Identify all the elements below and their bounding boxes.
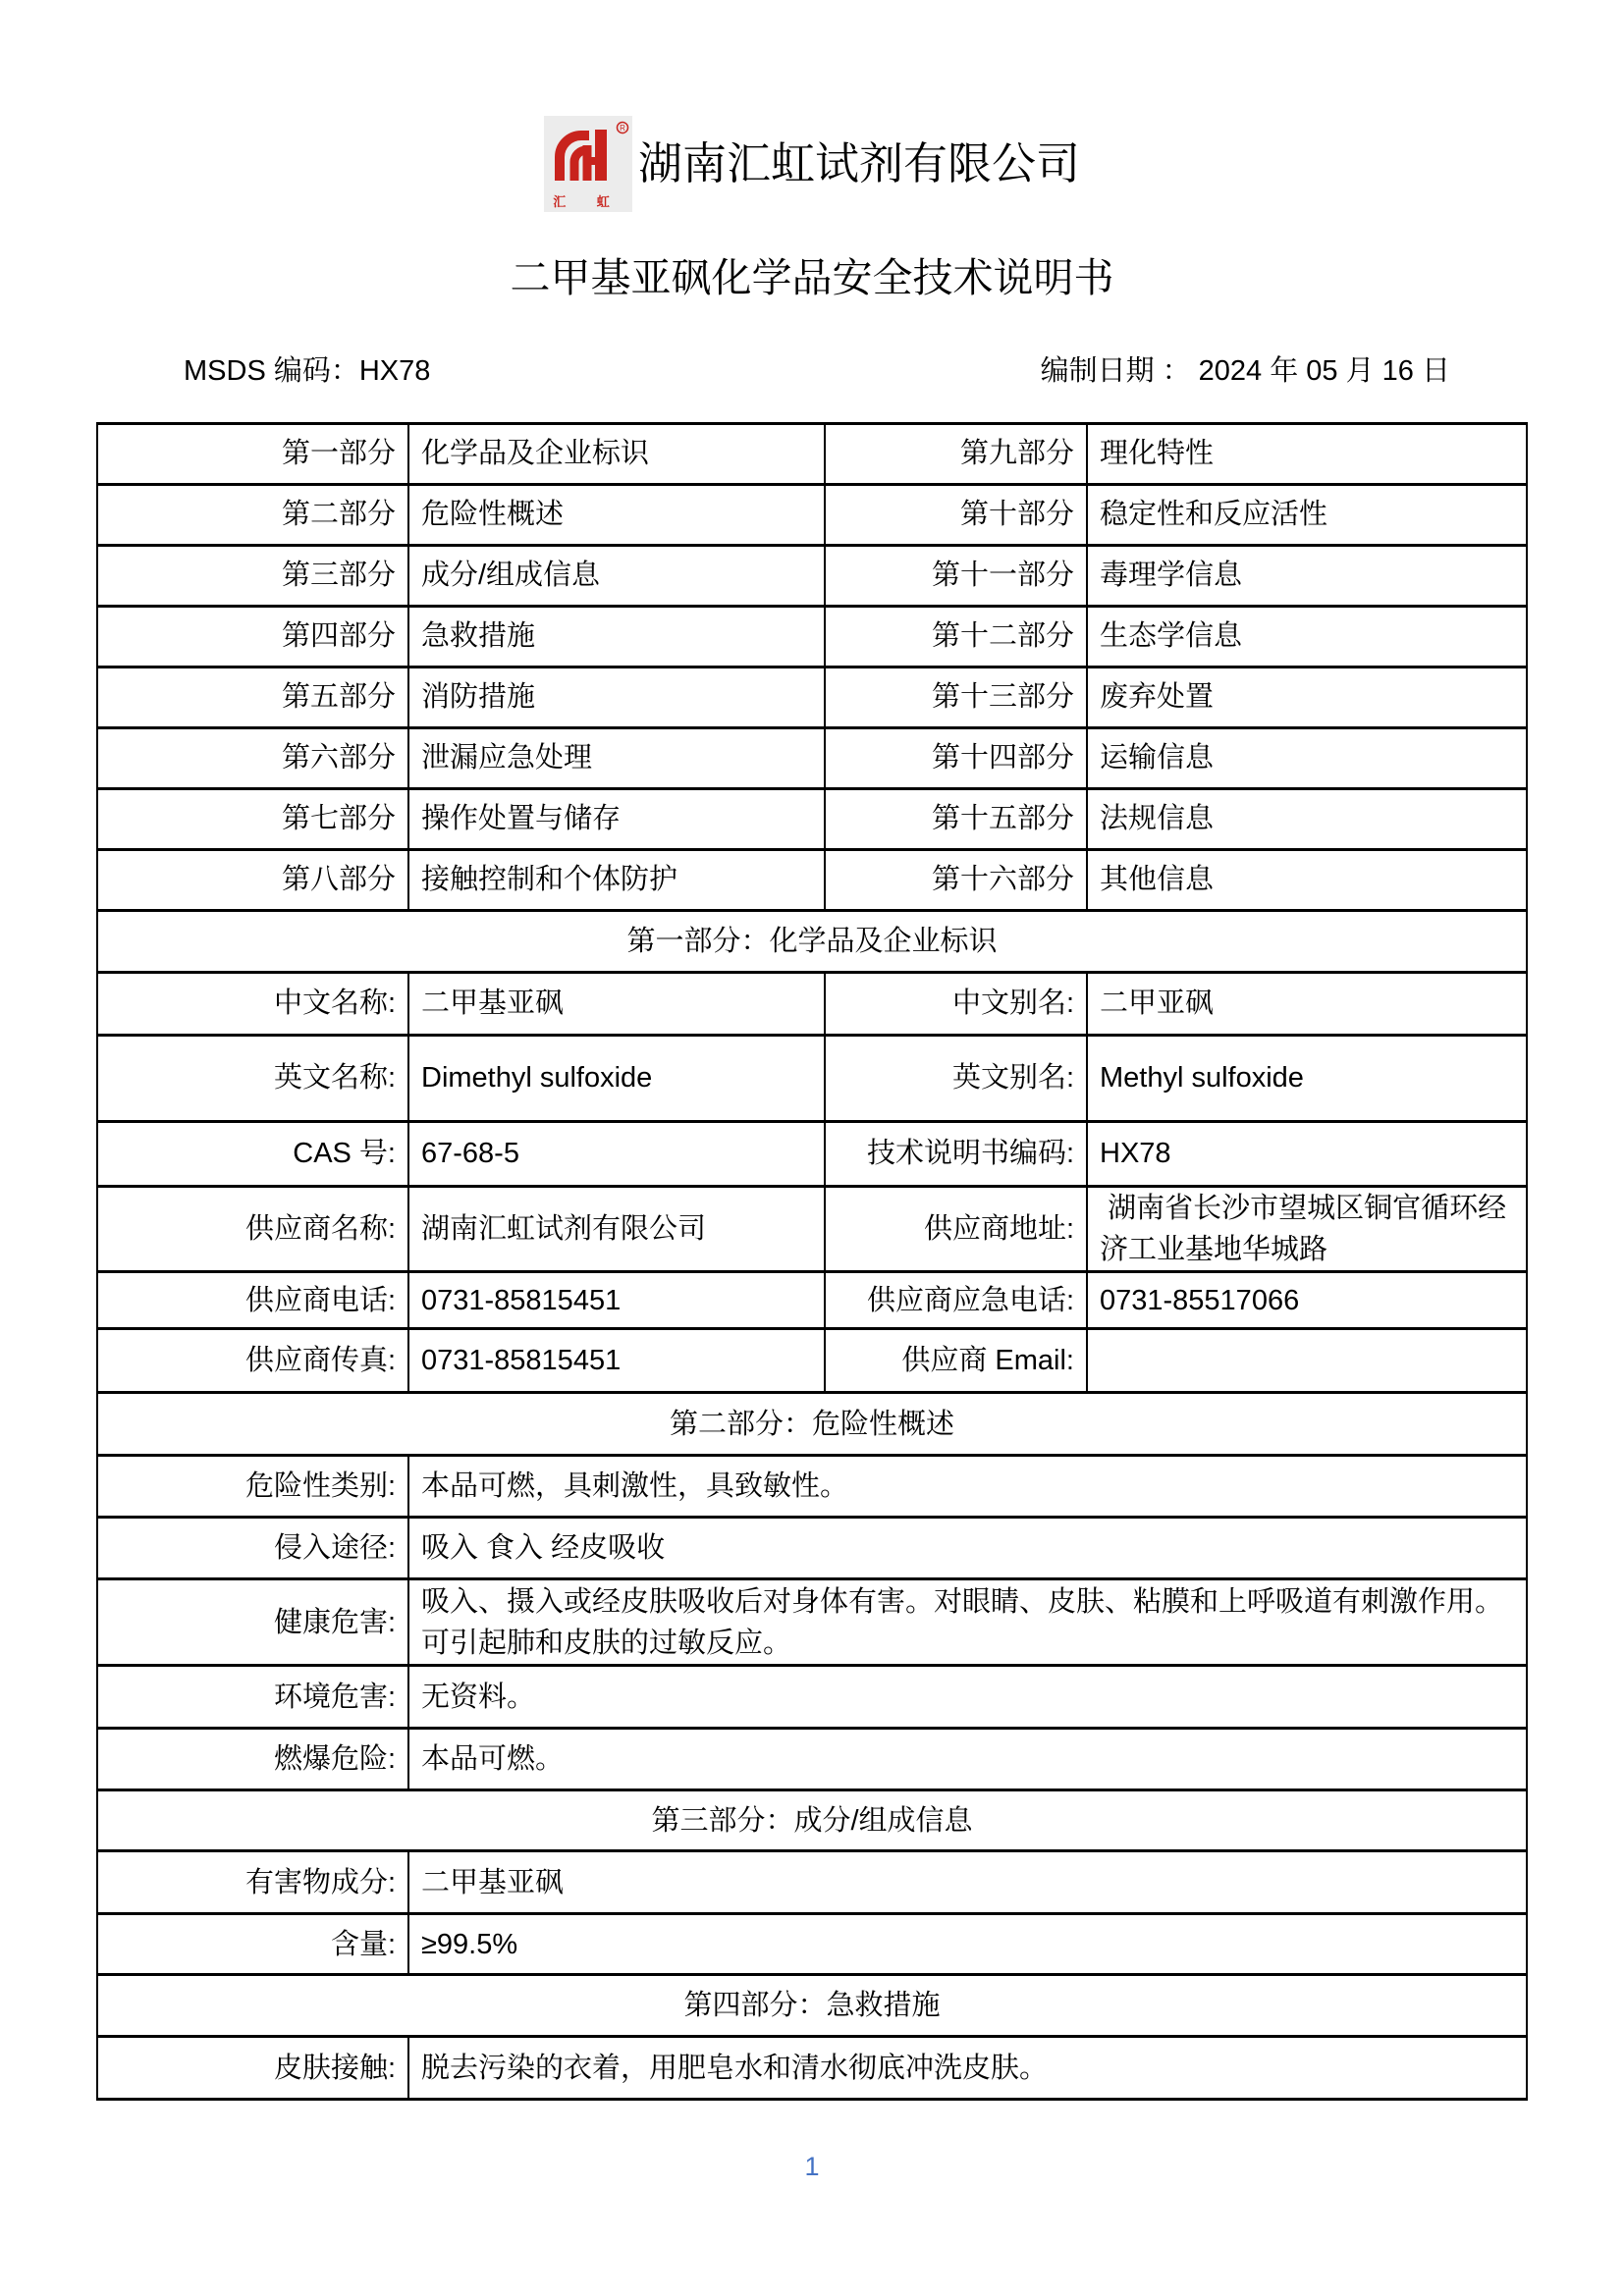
toc-part-title: 稳定性和反应活性 <box>1087 485 1527 546</box>
field-label: 中文名称: <box>97 973 408 1036</box>
toc-part-label: 第十二部分 <box>825 607 1087 667</box>
toc-part-title: 接触控制和个体防护 <box>408 850 825 911</box>
toc-part-label: 第八部分 <box>97 850 408 911</box>
field-value: 本品可燃。 <box>408 1729 1527 1790</box>
toc-part-title: 消防措施 <box>408 667 825 728</box>
field-label: 供应商名称: <box>97 1187 408 1272</box>
field-value: 二甲基亚砜 <box>408 973 825 1036</box>
toc-row: 第三部分 成分/组成信息 第十一部分 毒理学信息 <box>97 546 1527 607</box>
toc-part-title: 生态学信息 <box>1087 607 1527 667</box>
detail-row: 健康危害: 吸入、摄入或经皮肤吸收后对身体有害。对眼睛、皮肤、粘膜和上呼吸道有刺… <box>97 1579 1527 1666</box>
detail-row: 危险性类别: 本品可燃，具刺激性，具致敏性。 <box>97 1456 1527 1518</box>
detail-row: 供应商名称: 湖南汇虹试剂有限公司 供应商地址: 湖南省长沙市望城区铜官循环经济… <box>97 1187 1527 1272</box>
toc-part-label: 第九部分 <box>825 424 1087 485</box>
field-label: 供应商 Email: <box>825 1329 1087 1393</box>
field-value: 湖南汇虹试剂有限公司 <box>408 1187 825 1272</box>
field-value: 吸入、摄入或经皮肤吸收后对身体有害。对眼睛、皮肤、粘膜和上呼吸道有刺激作用。可引… <box>408 1579 1527 1666</box>
toc-part-title: 化学品及企业标识 <box>408 424 825 485</box>
field-label: 含量: <box>97 1914 408 1975</box>
toc-part-title: 急救措施 <box>408 607 825 667</box>
svg-text:R: R <box>620 124 625 133</box>
msds-table: 第一部分 化学品及企业标识 第九部分 理化特性 第二部分 危险性概述 第十部分 … <box>96 422 1528 2101</box>
field-label: 供应商传真: <box>97 1329 408 1393</box>
field-label: 环境危害: <box>97 1666 408 1729</box>
toc-part-label: 第三部分 <box>97 546 408 607</box>
toc-part-title: 其他信息 <box>1087 850 1527 911</box>
section-header-row: 第一部分：化学品及企业标识 <box>97 911 1527 973</box>
toc-part-title: 运输信息 <box>1087 728 1527 789</box>
toc-part-title: 泄漏应急处理 <box>408 728 825 789</box>
toc-part-label: 第六部分 <box>97 728 408 789</box>
msds-code: MSDS 编码：HX78 <box>184 348 430 389</box>
field-value: 二甲基亚砜 <box>408 1851 1527 1914</box>
field-label: 皮肤接触: <box>97 2037 408 2100</box>
toc-part-label: 第十四部分 <box>825 728 1087 789</box>
field-value: 脱去污染的衣着，用肥皂水和清水彻底冲洗皮肤。 <box>408 2037 1527 2100</box>
toc-part-title: 危险性概述 <box>408 485 825 546</box>
toc-part-label: 第十三部分 <box>825 667 1087 728</box>
detail-row: 含量: ≥99.5% <box>97 1914 1527 1975</box>
toc-part-label: 第二部分 <box>97 485 408 546</box>
field-value: ≥99.5% <box>408 1914 1527 1975</box>
section-header-row: 第三部分：成分/组成信息 <box>97 1790 1527 1851</box>
toc-row: 第七部分 操作处置与储存 第十五部分 法规信息 <box>97 789 1527 850</box>
toc-row: 第一部分 化学品及企业标识 第九部分 理化特性 <box>97 424 1527 485</box>
toc-part-label: 第四部分 <box>97 607 408 667</box>
field-value: 无资料。 <box>408 1666 1527 1729</box>
huihong-logo-icon: R 汇 虹 <box>544 116 632 212</box>
field-label: 供应商地址: <box>825 1187 1087 1272</box>
toc-part-label: 第七部分 <box>97 789 408 850</box>
field-value: Dimethyl sulfoxide <box>408 1036 825 1122</box>
company-header: R 汇 虹 湖南汇虹试剂有限公司 <box>0 114 1624 214</box>
field-label: 供应商应急电话: <box>825 1272 1087 1329</box>
toc-row: 第四部分 急救措施 第十二部分 生态学信息 <box>97 607 1527 667</box>
detail-row: 有害物成分: 二甲基亚砜 <box>97 1851 1527 1914</box>
toc-part-label: 第五部分 <box>97 667 408 728</box>
document-meta-row: MSDS 编码：HX78 编制日期 ： 2024 年 05 月 16 日 <box>97 348 1527 389</box>
toc-part-label: 第十部分 <box>825 485 1087 546</box>
detail-row: 燃爆危险: 本品可燃。 <box>97 1729 1527 1790</box>
detail-row: 侵入途径: 吸入 食入 经皮吸收 <box>97 1518 1527 1579</box>
field-value: HX78 <box>1087 1122 1527 1187</box>
field-label: 侵入途径: <box>97 1518 408 1579</box>
field-label: 有害物成分: <box>97 1851 408 1914</box>
toc-part-title: 操作处置与储存 <box>408 789 825 850</box>
msds-document-page: R 汇 虹 湖南汇虹试剂有限公司 二甲基亚砜化学品安全技术说明书 MSDS 编码… <box>0 0 1624 2296</box>
section4-title: 第四部分：急救措施 <box>97 1975 1527 2037</box>
toc-part-label: 第十六部分 <box>825 850 1087 911</box>
field-value: 二甲亚砜 <box>1087 973 1527 1036</box>
section1-title: 第一部分：化学品及企业标识 <box>97 911 1527 973</box>
field-label: 英文别名: <box>825 1036 1087 1122</box>
detail-row: 供应商传真: 0731-85815451 供应商 Email: <box>97 1329 1527 1393</box>
section3-title: 第三部分：成分/组成信息 <box>97 1790 1527 1851</box>
document-title: 二甲基亚砜化学品安全技术说明书 <box>0 245 1624 303</box>
field-value: 0731-85517066 <box>1087 1272 1527 1329</box>
detail-row: 中文名称: 二甲基亚砜 中文别名: 二甲亚砜 <box>97 973 1527 1036</box>
compile-date: 编制日期 ： 2024 年 05 月 16 日 <box>1041 348 1450 389</box>
toc-part-title: 废弃处置 <box>1087 667 1527 728</box>
detail-row: 英文名称: Dimethyl sulfoxide 英文别名: Methyl su… <box>97 1036 1527 1122</box>
field-label: 中文别名: <box>825 973 1087 1036</box>
toc-part-title: 法规信息 <box>1087 789 1527 850</box>
detail-row: 皮肤接触: 脱去污染的衣着，用肥皂水和清水彻底冲洗皮肤。 <box>97 2037 1527 2100</box>
toc-part-title: 理化特性 <box>1087 424 1527 485</box>
field-label: 英文名称: <box>97 1036 408 1122</box>
toc-row: 第八部分 接触控制和个体防护 第十六部分 其他信息 <box>97 850 1527 911</box>
detail-row: 供应商电话: 0731-85815451 供应商应急电话: 0731-85517… <box>97 1272 1527 1329</box>
field-label: 供应商电话: <box>97 1272 408 1329</box>
field-label: 技术说明书编码: <box>825 1122 1087 1187</box>
toc-part-title: 毒理学信息 <box>1087 546 1527 607</box>
detail-row: 环境危害: 无资料。 <box>97 1666 1527 1729</box>
company-name: 湖南汇虹试剂有限公司 <box>638 139 1080 188</box>
field-value: 0731-85815451 <box>408 1272 825 1329</box>
field-label: CAS 号: <box>97 1122 408 1187</box>
field-value: 0731-85815451 <box>408 1329 825 1393</box>
toc-row: 第五部分 消防措施 第十三部分 废弃处置 <box>97 667 1527 728</box>
field-label: 危险性类别: <box>97 1456 408 1518</box>
toc-part-label: 第十一部分 <box>825 546 1087 607</box>
field-value: 湖南省长沙市望城区铜官循环经济工业基地华城路 <box>1087 1187 1527 1272</box>
page-number: 1 <box>0 2152 1624 2182</box>
section-header-row: 第四部分：急救措施 <box>97 1975 1527 2037</box>
field-value: 67-68-5 <box>408 1122 825 1187</box>
field-value <box>1087 1329 1527 1393</box>
section2-title: 第二部分：危险性概述 <box>97 1393 1527 1456</box>
field-label: 健康危害: <box>97 1579 408 1666</box>
field-value: 吸入 食入 经皮吸收 <box>408 1518 1527 1579</box>
company-logo: R 汇 虹 <box>544 116 632 212</box>
field-value: Methyl sulfoxide <box>1087 1036 1527 1122</box>
toc-part-label: 第一部分 <box>97 424 408 485</box>
field-value: 本品可燃，具刺激性，具致敏性。 <box>408 1456 1527 1518</box>
logo-brand-text: 汇 虹 <box>553 194 623 209</box>
toc-part-title: 成分/组成信息 <box>408 546 825 607</box>
toc-part-label: 第十五部分 <box>825 789 1087 850</box>
detail-row: CAS 号: 67-68-5 技术说明书编码: HX78 <box>97 1122 1527 1187</box>
toc-row: 第六部分 泄漏应急处理 第十四部分 运输信息 <box>97 728 1527 789</box>
section-header-row: 第二部分：危险性概述 <box>97 1393 1527 1456</box>
field-label: 燃爆危险: <box>97 1729 408 1790</box>
toc-row: 第二部分 危险性概述 第十部分 稳定性和反应活性 <box>97 485 1527 546</box>
